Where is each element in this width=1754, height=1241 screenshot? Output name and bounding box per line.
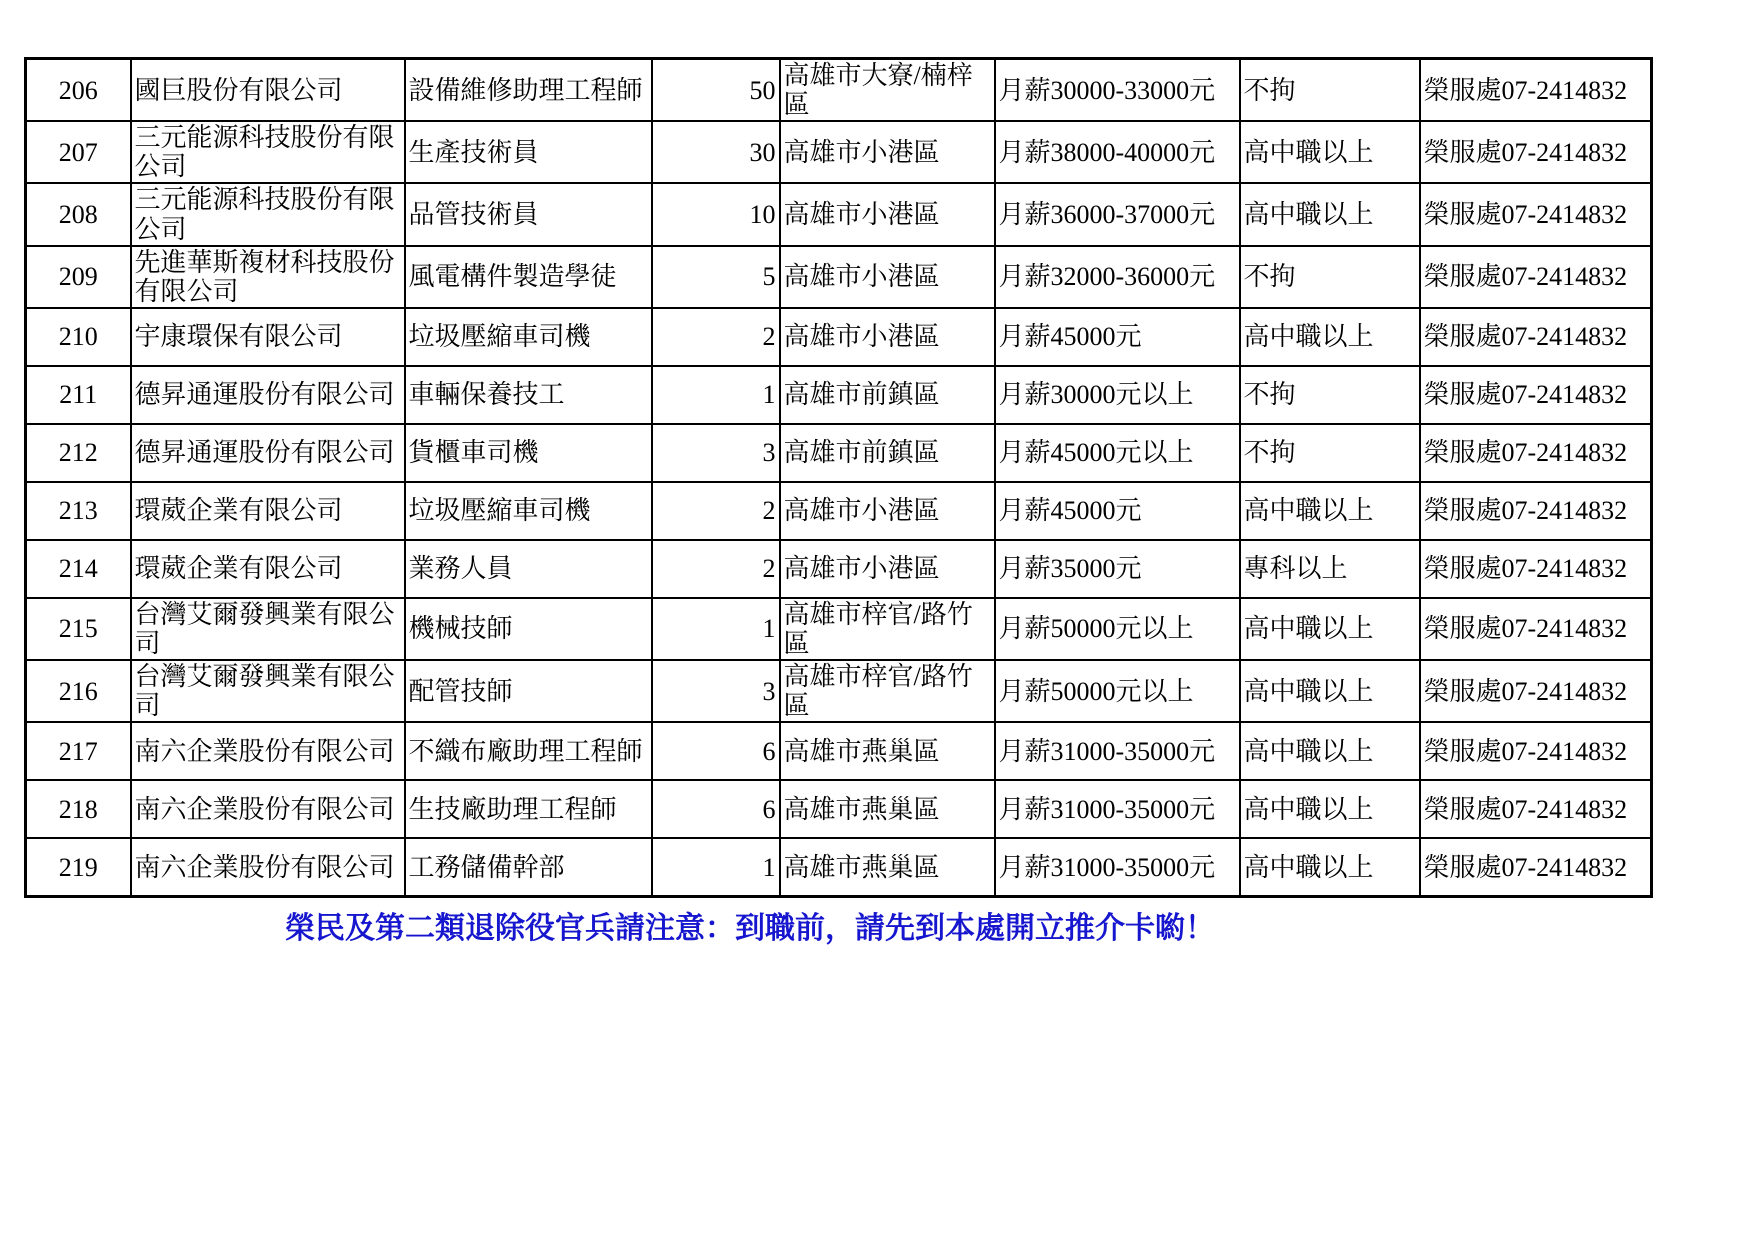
- job-listings-table: 206 國巨股份有限公司 設備維修助理工程師 50 高雄市大寮/楠梓區 月薪30…: [24, 57, 1653, 898]
- job-row-number: 215: [26, 598, 131, 660]
- job-location: 高雄市前鎮區: [780, 366, 995, 424]
- job-row-number: 212: [26, 424, 131, 482]
- job-title: 車輛保養技工: [405, 366, 652, 424]
- job-location: 高雄市燕巢區: [780, 722, 995, 780]
- job-location: 高雄市小港區: [780, 183, 995, 245]
- openings-count: 10: [652, 183, 780, 245]
- job-salary: 月薪32000-36000元: [995, 246, 1240, 308]
- job-row: 210 宇康環保有限公司 垃圾壓縮車司機 2 高雄市小港區 月薪45000元 高…: [26, 308, 1652, 366]
- job-salary: 月薪45000元: [995, 482, 1240, 540]
- openings-count: 1: [652, 598, 780, 660]
- footer-notice: 榮民及第二類退除役官兵請注意：到職前，請先到本處開立推介卡喲！: [0, 903, 1500, 947]
- job-title: 垃圾壓縮車司機: [405, 482, 652, 540]
- job-row: 217 南六企業股份有限公司 不織布廠助理工程師 6 高雄市燕巢區 月薪3100…: [26, 722, 1652, 780]
- job-title: 配管技師: [405, 660, 652, 722]
- company-name: 南六企業股份有限公司: [131, 780, 405, 838]
- education-requirement: 高中職以上: [1240, 722, 1420, 780]
- job-salary: 月薪35000元: [995, 540, 1240, 598]
- education-requirement: 不拘: [1240, 246, 1420, 308]
- job-row-number: 208: [26, 183, 131, 245]
- company-name: 環葳企業有限公司: [131, 482, 405, 540]
- job-location: 高雄市小港區: [780, 246, 995, 308]
- openings-count: 2: [652, 540, 780, 598]
- job-location: 高雄市梓官/路竹區: [780, 598, 995, 660]
- job-title: 生產技術員: [405, 121, 652, 183]
- company-name: 台灣艾爾發興業有限公司: [131, 598, 405, 660]
- job-row-number: 209: [26, 246, 131, 308]
- job-row: 213 環葳企業有限公司 垃圾壓縮車司機 2 高雄市小港區 月薪45000元 高…: [26, 482, 1652, 540]
- job-row-number: 211: [26, 366, 131, 424]
- job-location: 高雄市小港區: [780, 308, 995, 366]
- contact-info: 榮服處07-2414832: [1420, 780, 1652, 838]
- job-table-body: 206 國巨股份有限公司 設備維修助理工程師 50 高雄市大寮/楠梓區 月薪30…: [26, 59, 1652, 897]
- job-location: 高雄市梓官/路竹區: [780, 660, 995, 722]
- job-location: 高雄市小港區: [780, 121, 995, 183]
- company-name: 南六企業股份有限公司: [131, 722, 405, 780]
- job-title: 工務儲備幹部: [405, 838, 652, 896]
- page: 206 國巨股份有限公司 設備維修助理工程師 50 高雄市大寮/楠梓區 月薪30…: [0, 0, 1754, 1241]
- company-name: 台灣艾爾發興業有限公司: [131, 660, 405, 722]
- openings-count: 6: [652, 780, 780, 838]
- job-row: 209 先進華斯複材科技股份有限公司 風電構件製造學徒 5 高雄市小港區 月薪3…: [26, 246, 1652, 308]
- openings-count: 3: [652, 424, 780, 482]
- company-name: 德昇通運股份有限公司: [131, 424, 405, 482]
- education-requirement: 高中職以上: [1240, 838, 1420, 896]
- job-row: 218 南六企業股份有限公司 生技廠助理工程師 6 高雄市燕巢區 月薪31000…: [26, 780, 1652, 838]
- company-name: 環葳企業有限公司: [131, 540, 405, 598]
- education-requirement: 不拘: [1240, 424, 1420, 482]
- job-title: 垃圾壓縮車司機: [405, 308, 652, 366]
- job-salary: 月薪45000元: [995, 308, 1240, 366]
- job-row-number: 217: [26, 722, 131, 780]
- contact-info: 榮服處07-2414832: [1420, 598, 1652, 660]
- job-title: 風電構件製造學徒: [405, 246, 652, 308]
- openings-count: 5: [652, 246, 780, 308]
- job-row: 208 三元能源科技股份有限公司 品管技術員 10 高雄市小港區 月薪36000…: [26, 183, 1652, 245]
- company-name: 南六企業股份有限公司: [131, 838, 405, 896]
- contact-info: 榮服處07-2414832: [1420, 246, 1652, 308]
- job-title: 生技廠助理工程師: [405, 780, 652, 838]
- education-requirement: 高中職以上: [1240, 660, 1420, 722]
- job-salary: 月薪50000元以上: [995, 660, 1240, 722]
- education-requirement: 高中職以上: [1240, 121, 1420, 183]
- education-requirement: 高中職以上: [1240, 183, 1420, 245]
- job-salary: 月薪30000-33000元: [995, 59, 1240, 122]
- company-name: 宇康環保有限公司: [131, 308, 405, 366]
- job-row-number: 218: [26, 780, 131, 838]
- job-row: 212 德昇通運股份有限公司 貨櫃車司機 3 高雄市前鎮區 月薪45000元以上…: [26, 424, 1652, 482]
- education-requirement: 高中職以上: [1240, 308, 1420, 366]
- job-row: 206 國巨股份有限公司 設備維修助理工程師 50 高雄市大寮/楠梓區 月薪30…: [26, 59, 1652, 122]
- contact-info: 榮服處07-2414832: [1420, 121, 1652, 183]
- job-salary: 月薪31000-35000元: [995, 780, 1240, 838]
- job-row: 207 三元能源科技股份有限公司 生產技術員 30 高雄市小港區 月薪38000…: [26, 121, 1652, 183]
- job-location: 高雄市燕巢區: [780, 780, 995, 838]
- company-name: 國巨股份有限公司: [131, 59, 405, 122]
- job-location: 高雄市大寮/楠梓區: [780, 59, 995, 122]
- job-row-number: 213: [26, 482, 131, 540]
- job-row: 216 台灣艾爾發興業有限公司 配管技師 3 高雄市梓官/路竹區 月薪50000…: [26, 660, 1652, 722]
- openings-count: 2: [652, 482, 780, 540]
- job-salary: 月薪38000-40000元: [995, 121, 1240, 183]
- contact-info: 榮服處07-2414832: [1420, 308, 1652, 366]
- job-title: 業務人員: [405, 540, 652, 598]
- contact-info: 榮服處07-2414832: [1420, 838, 1652, 896]
- company-name: 德昇通運股份有限公司: [131, 366, 405, 424]
- contact-info: 榮服處07-2414832: [1420, 424, 1652, 482]
- education-requirement: 高中職以上: [1240, 482, 1420, 540]
- job-row: 214 環葳企業有限公司 業務人員 2 高雄市小港區 月薪35000元 專科以上…: [26, 540, 1652, 598]
- job-salary: 月薪30000元以上: [995, 366, 1240, 424]
- contact-info: 榮服處07-2414832: [1420, 660, 1652, 722]
- job-row: 211 德昇通運股份有限公司 車輛保養技工 1 高雄市前鎮區 月薪30000元以…: [26, 366, 1652, 424]
- education-requirement: 不拘: [1240, 366, 1420, 424]
- contact-info: 榮服處07-2414832: [1420, 366, 1652, 424]
- education-requirement: 高中職以上: [1240, 780, 1420, 838]
- openings-count: 50: [652, 59, 780, 122]
- company-name: 先進華斯複材科技股份有限公司: [131, 246, 405, 308]
- job-row-number: 216: [26, 660, 131, 722]
- company-name: 三元能源科技股份有限公司: [131, 121, 405, 183]
- job-row-number: 207: [26, 121, 131, 183]
- job-row-number: 219: [26, 838, 131, 896]
- job-row-number: 210: [26, 308, 131, 366]
- job-salary: 月薪31000-35000元: [995, 838, 1240, 896]
- openings-count: 1: [652, 366, 780, 424]
- job-salary: 月薪45000元以上: [995, 424, 1240, 482]
- openings-count: 3: [652, 660, 780, 722]
- openings-count: 1: [652, 838, 780, 896]
- job-salary: 月薪31000-35000元: [995, 722, 1240, 780]
- job-title: 設備維修助理工程師: [405, 59, 652, 122]
- contact-info: 榮服處07-2414832: [1420, 59, 1652, 122]
- education-requirement: 高中職以上: [1240, 598, 1420, 660]
- education-requirement: 專科以上: [1240, 540, 1420, 598]
- job-title: 品管技術員: [405, 183, 652, 245]
- job-salary: 月薪36000-37000元: [995, 183, 1240, 245]
- job-location: 高雄市燕巢區: [780, 838, 995, 896]
- job-row-number: 206: [26, 59, 131, 122]
- job-title: 機械技師: [405, 598, 652, 660]
- contact-info: 榮服處07-2414832: [1420, 183, 1652, 245]
- job-location: 高雄市前鎮區: [780, 424, 995, 482]
- job-row: 215 台灣艾爾發興業有限公司 機械技師 1 高雄市梓官/路竹區 月薪50000…: [26, 598, 1652, 660]
- contact-info: 榮服處07-2414832: [1420, 722, 1652, 780]
- openings-count: 30: [652, 121, 780, 183]
- openings-count: 6: [652, 722, 780, 780]
- job-title: 貨櫃車司機: [405, 424, 652, 482]
- job-row: 219 南六企業股份有限公司 工務儲備幹部 1 高雄市燕巢區 月薪31000-3…: [26, 838, 1652, 896]
- education-requirement: 不拘: [1240, 59, 1420, 122]
- company-name: 三元能源科技股份有限公司: [131, 183, 405, 245]
- job-row-number: 214: [26, 540, 131, 598]
- job-location: 高雄市小港區: [780, 540, 995, 598]
- job-title: 不織布廠助理工程師: [405, 722, 652, 780]
- openings-count: 2: [652, 308, 780, 366]
- contact-info: 榮服處07-2414832: [1420, 482, 1652, 540]
- job-salary: 月薪50000元以上: [995, 598, 1240, 660]
- job-location: 高雄市小港區: [780, 482, 995, 540]
- contact-info: 榮服處07-2414832: [1420, 540, 1652, 598]
